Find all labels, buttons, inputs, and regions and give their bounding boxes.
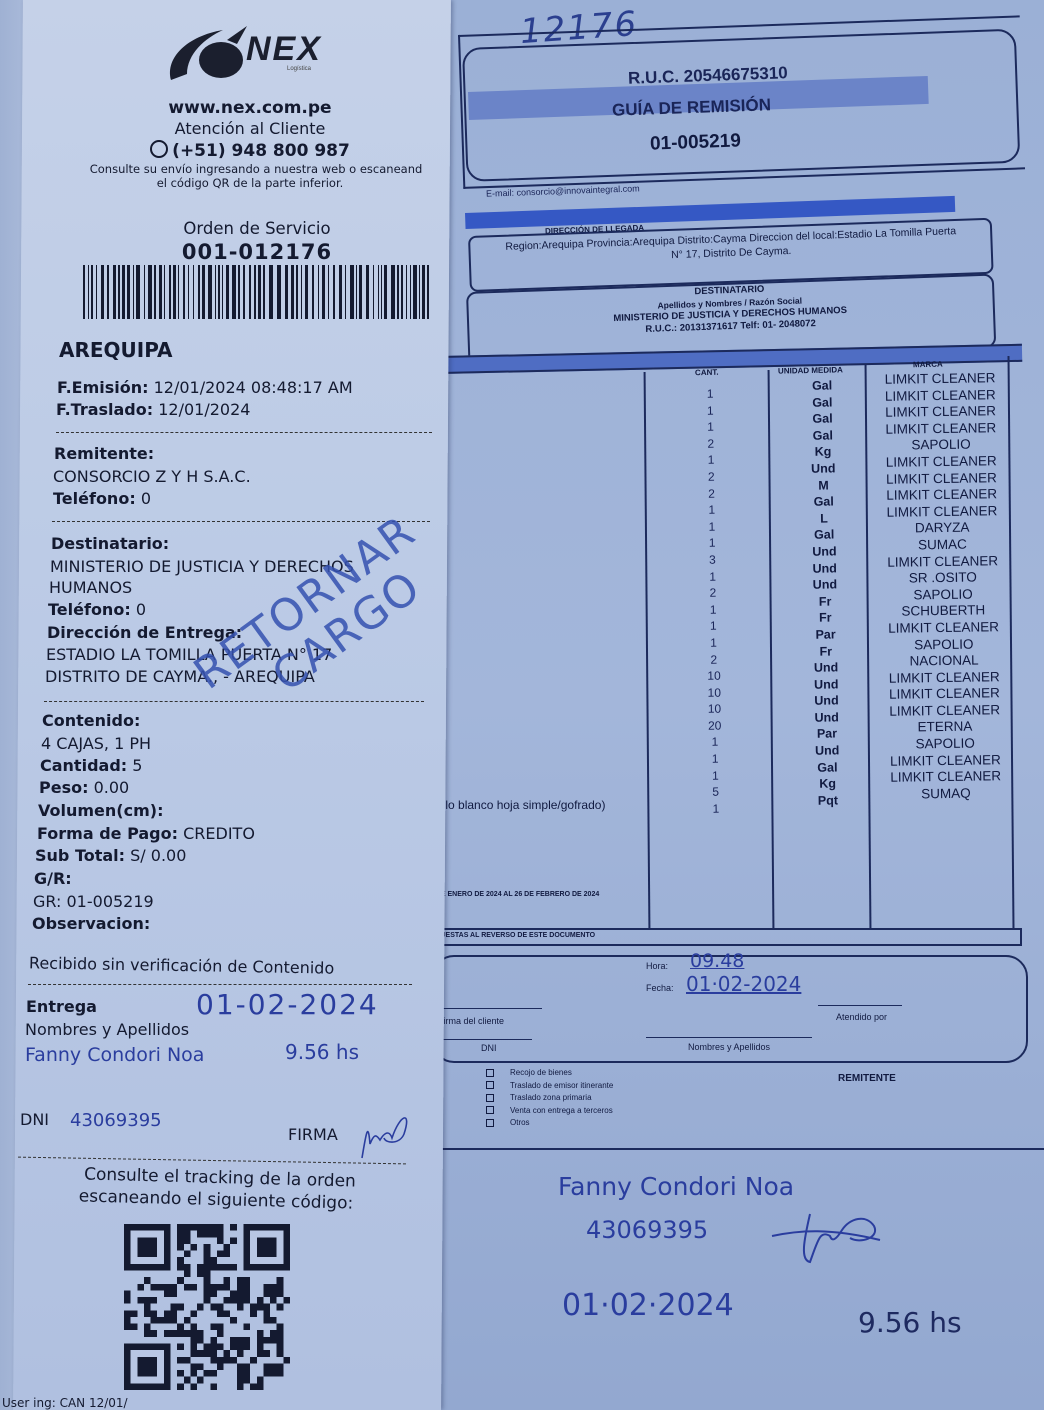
- weight-value: 0.00: [94, 778, 130, 797]
- table-cell-brand: LIMKIT CLEANER: [871, 420, 1011, 439]
- delivery-label: Entrega: [26, 997, 97, 1016]
- recipient-phone: Teléfono: 0: [48, 600, 146, 619]
- table-cell-unit: Par: [800, 726, 854, 743]
- table-cell-cant: 1: [690, 385, 730, 402]
- table-cell-unit: Fr: [799, 643, 853, 660]
- table-cell-cant: 1: [695, 767, 735, 784]
- checkbox-label: Venta con entrega a terceros: [510, 1106, 613, 1115]
- table-cell-cant: 1: [693, 601, 733, 618]
- table-cell-brand: LIMKIT CLEANER: [870, 403, 1010, 422]
- subtotal: Sub Total: S/ 0.00: [35, 846, 186, 865]
- table-cell-unit: Und: [799, 676, 853, 693]
- table-cell-brand: SR .OSITO: [873, 569, 1013, 588]
- table-cell-unit: Und: [799, 692, 853, 709]
- table-cell-unit: Und: [798, 560, 852, 577]
- attended-line: [818, 1005, 902, 1006]
- table-cell-brand: SAPOLIO: [871, 436, 1011, 455]
- checkbox-label: Traslado zona primaria: [510, 1093, 592, 1102]
- consult-note-1: Consulte su envío ingresando a nuestra w…: [66, 162, 446, 176]
- recipient-name-line-2: HUMANOS: [49, 578, 132, 597]
- observation-label: Observacion:: [32, 914, 150, 933]
- date-handwritten: 01·02-2024: [686, 972, 801, 996]
- table-cell-cant: 1: [696, 800, 736, 817]
- gr-label: G/R:: [34, 869, 72, 888]
- brand-subtitle: Logística: [287, 66, 311, 72]
- payment-method: Forma de Pago: CREDITO: [37, 824, 255, 843]
- table-cell-unit: Gal: [795, 377, 849, 394]
- table-cell-brand: LIMKIT CLEANER: [875, 702, 1015, 721]
- table-cell-cant: 1: [693, 618, 733, 635]
- transfer-reason-checkbox[interactable]: Traslado zona primaria: [486, 1093, 592, 1102]
- attended-by-label: Atendido por: [836, 1012, 887, 1022]
- table-cell-brand: LIMKIT CLEANER: [871, 470, 1011, 489]
- table-cell-cant: 2: [694, 651, 734, 668]
- column-cant: 111212211131211121010102011151: [690, 385, 736, 817]
- table-cell-unit: Kg: [801, 775, 855, 792]
- content-value: 4 CAJAS, 1 PH: [41, 734, 151, 753]
- table-cell-brand: LIMKIT CLEANER: [872, 503, 1012, 522]
- subtotal-value: S/ 0.00: [130, 846, 186, 865]
- phone-number: (+51) 948 800 987: [172, 141, 350, 161]
- transfer-reason-checkbox[interactable]: Otros: [486, 1118, 530, 1127]
- table-cell-brand: LIMKIT CLEANER: [873, 553, 1013, 572]
- table-cell-unit: Fr: [798, 610, 852, 627]
- order-label: Orden de Servicio: [60, 219, 454, 238]
- transfer-value: 12/01/2024: [158, 400, 250, 419]
- emission-label: F.Emisión:: [57, 378, 149, 397]
- transfer-reason-checkbox[interactable]: Venta con entrega a terceros: [486, 1106, 613, 1115]
- sender-phone: Teléfono: 0: [53, 489, 151, 508]
- checkbox-label: Recojo de bienes: [510, 1068, 572, 1077]
- emission-value: 12/01/2024 08:48:17 AM: [154, 378, 353, 397]
- table-cell-brand: LIMKIT CLEANER: [874, 685, 1014, 704]
- recipient-label: Destinatario:: [51, 534, 169, 553]
- sender-name: CONSORCIO Z Y H S.A.C.: [53, 467, 251, 486]
- quantity: Cantidad: 5: [40, 756, 142, 775]
- dni-label: DNI: [20, 1110, 49, 1129]
- table-cell-cant: 1: [691, 452, 731, 469]
- table-cell-brand: LIMKIT CLEANER: [873, 619, 1013, 638]
- table-cell-brand: ETERNA: [875, 718, 1015, 737]
- quantity-value: 5: [132, 756, 142, 775]
- table-cell-brand: LIMKIT CLEANER: [874, 669, 1014, 688]
- sender-label-guia: REMITENTE: [838, 1073, 896, 1084]
- names-label-guia: Nombres y Apellidos: [688, 1042, 770, 1052]
- transfer-label: F.Traslado:: [56, 400, 153, 419]
- table-cell-unit: Und: [796, 460, 850, 477]
- table-cell-cant: 1: [690, 419, 730, 436]
- support-label: Atención al Cliente: [60, 119, 440, 138]
- table-cell-unit: Gal: [796, 427, 850, 444]
- table-cell-unit: Gal: [800, 759, 854, 776]
- table-cell-cant: 10: [694, 701, 734, 718]
- table-footer-band: MPUESTAS AL REVERSO DE ESTE DOCUMENTO: [430, 928, 1022, 946]
- dni-line: [440, 1039, 532, 1040]
- handwritten-dni: 43069395: [586, 1216, 708, 1244]
- payment-label: Forma de Pago:: [37, 824, 178, 843]
- handwritten-date: 01·02·2024: [562, 1288, 734, 1323]
- table-cell-cant: 3: [692, 551, 732, 568]
- table-cell-unit: Gal: [797, 527, 851, 544]
- checkbox-icon[interactable]: [486, 1081, 494, 1089]
- header-cant: CANT.: [695, 368, 719, 377]
- sender-phone-value: 0: [141, 489, 151, 508]
- signature-line: [438, 1008, 542, 1009]
- table-cell-unit: Pqt: [801, 792, 855, 809]
- transfer-reason-checkbox[interactable]: Traslado de emisor itinerante: [486, 1081, 613, 1090]
- table-cell-cant: 1: [690, 402, 730, 419]
- payment-value: CREDITO: [183, 824, 255, 843]
- period-note: 7 DE ENERO DE 2024 AL 26 DE FEBRERO DE 2…: [430, 891, 599, 898]
- checkbox-icon[interactable]: [486, 1069, 494, 1077]
- table-cell-cant: 20: [695, 717, 735, 734]
- divider: [56, 432, 432, 433]
- column-brand: LIMKIT CLEANERLIMKIT CLEANERLIMKIT CLEAN…: [870, 370, 1016, 803]
- tracking-qr-code[interactable]: [124, 1222, 290, 1392]
- checkbox-label: Otros: [510, 1118, 530, 1127]
- transfer-reason-checkbox[interactable]: Recojo de bienes: [486, 1068, 572, 1077]
- table-cell-unit: Und: [800, 742, 854, 759]
- hour-label: Hora:: [646, 961, 668, 971]
- gr-value: GR: 01-005219: [33, 892, 154, 911]
- support-phone: (+51) 948 800 987: [60, 140, 440, 161]
- checkbox-icon[interactable]: [486, 1119, 494, 1127]
- names-label: Nombres y Apellidos: [25, 1020, 189, 1039]
- order-number: 001-012176: [60, 240, 454, 264]
- column-unit: GalGalGalGalKgUndMGalLGalUndUndUndFrFrPa…: [795, 377, 855, 809]
- table-cell-cant: 1: [692, 502, 732, 519]
- table-cell-brand: SUMAQ: [876, 785, 1016, 804]
- hour-handwritten: 09.48: [690, 950, 744, 972]
- table-cell-brand: NACIONAL: [874, 652, 1014, 671]
- barcode: [83, 265, 429, 319]
- guia-number: 01-005219: [650, 130, 742, 155]
- table-cell-cant: 2: [691, 468, 731, 485]
- user-info: User ing: CAN 12/01/: [2, 1396, 128, 1410]
- handwritten-time: 9.56 hs: [858, 1306, 962, 1339]
- table-cell-brand: SUMAC: [872, 536, 1012, 555]
- table-cell-cant: 1: [695, 750, 735, 767]
- table-cell-brand: SAPOLIO: [874, 636, 1014, 655]
- item-description-last: ollo blanco hoja simple/gofrado): [436, 798, 605, 812]
- whatsapp-icon: [150, 140, 168, 158]
- table-cell-unit: M: [796, 477, 850, 494]
- table-cell-brand: SCHUBERTH: [873, 602, 1013, 621]
- table-cell-cant: 1: [695, 734, 735, 751]
- table-cell-unit: L: [797, 510, 851, 527]
- table-cell-brand: SAPOLIO: [875, 735, 1015, 754]
- website-link[interactable]: www.nex.com.pe: [60, 98, 440, 118]
- signature-scribble: [770, 1200, 890, 1270]
- recipient-phone-label: Teléfono:: [48, 600, 131, 619]
- table-cell-brand: SAPOLIO: [873, 586, 1013, 605]
- table-cell-unit: Und: [798, 576, 852, 593]
- table-cell-unit: Par: [798, 626, 852, 643]
- date-label: Fecha:: [646, 983, 674, 993]
- table-cell-cant: 2: [691, 485, 731, 502]
- table-cell-brand: LIMKIT CLEANER: [875, 752, 1015, 771]
- emission-date: F.Emisión: 12/01/2024 08:48:17 AM: [57, 378, 353, 397]
- table-cell-unit: Kg: [796, 444, 850, 461]
- subtotal-label: Sub Total:: [35, 846, 125, 865]
- content-label: Contenido:: [42, 711, 140, 730]
- table-cell-brand: DARYZA: [872, 519, 1012, 538]
- dni-handwritten: 43069395: [70, 1110, 162, 1131]
- handwritten-name: Fanny Condori Noa: [558, 1172, 794, 1201]
- table-cell-cant: 2: [691, 435, 731, 452]
- table-cell-cant: 1: [692, 535, 732, 552]
- table-cell-cant: 5: [696, 784, 736, 801]
- document-divider: [420, 1148, 1044, 1150]
- sender-label: Remitente:: [54, 444, 154, 463]
- dni-label-guia: DNI: [481, 1043, 497, 1053]
- table-cell-unit: Fr: [798, 593, 852, 610]
- volume-label: Volumen(cm):: [38, 801, 163, 820]
- brand-name: NEX: [246, 30, 322, 69]
- names-line: [646, 1037, 812, 1038]
- checkbox-icon[interactable]: [486, 1094, 494, 1102]
- weight-label: Peso:: [39, 778, 89, 797]
- sender-phone-label: Teléfono:: [53, 489, 136, 508]
- weight: Peso: 0.00: [39, 778, 129, 797]
- divider: [28, 984, 412, 985]
- table-cell-brand: LIMKIT CLEANER: [870, 370, 1010, 389]
- table-cell-unit: Und: [797, 543, 851, 560]
- table-cell-unit: Gal: [795, 410, 849, 427]
- table-cell-cant: 10: [694, 684, 734, 701]
- footer-note: MPUESTAS AL REVERSO DE ESTE DOCUMENTO: [430, 932, 595, 939]
- city: AREQUIPA: [59, 338, 173, 362]
- recipient-phone-value: 0: [136, 600, 146, 619]
- table-cell-unit: Gal: [797, 493, 851, 510]
- client-signature-label: Firma del cliente: [438, 1016, 504, 1026]
- consult-note-2: el código QR de la parte inferior.: [60, 176, 440, 190]
- table-cell-cant: 1: [693, 634, 733, 651]
- table-cell-cant: 1: [692, 518, 732, 535]
- table-cell-brand: LIMKIT CLEANER: [871, 453, 1011, 472]
- time-handwritten: 9.56 hs: [285, 1040, 359, 1064]
- transfer-date: F.Traslado: 12/01/2024: [56, 400, 250, 419]
- checkbox-label: Traslado de emisor itinerante: [510, 1081, 613, 1090]
- header-unit: UNIDAD MEDIDA: [778, 365, 843, 375]
- signature-scribble: [356, 1104, 412, 1160]
- volume: Volumen(cm):: [38, 801, 163, 820]
- checkbox-icon[interactable]: [486, 1106, 494, 1114]
- table-cell-unit: Gal: [795, 394, 849, 411]
- table-cell-cant: 2: [693, 585, 733, 602]
- table-cell-brand: LIMKIT CLEANER: [876, 768, 1016, 787]
- quantity-label: Cantidad:: [40, 756, 127, 775]
- table-cell-unit: Und: [800, 709, 854, 726]
- table-cell-cant: 10: [694, 668, 734, 685]
- table-cell-cant: 1: [693, 568, 733, 585]
- delivery-date-handwritten: 01-02-2024: [196, 988, 379, 1021]
- names-handwritten: Fanny Condori Noa: [25, 1044, 204, 1066]
- signature-label: FIRMA: [288, 1125, 338, 1144]
- table-cell-brand: LIMKIT CLEANER: [870, 387, 1010, 406]
- table-cell-brand: LIMKIT CLEANER: [872, 486, 1012, 505]
- header-brand: MARCA: [913, 360, 943, 370]
- table-cell-unit: Und: [799, 659, 853, 676]
